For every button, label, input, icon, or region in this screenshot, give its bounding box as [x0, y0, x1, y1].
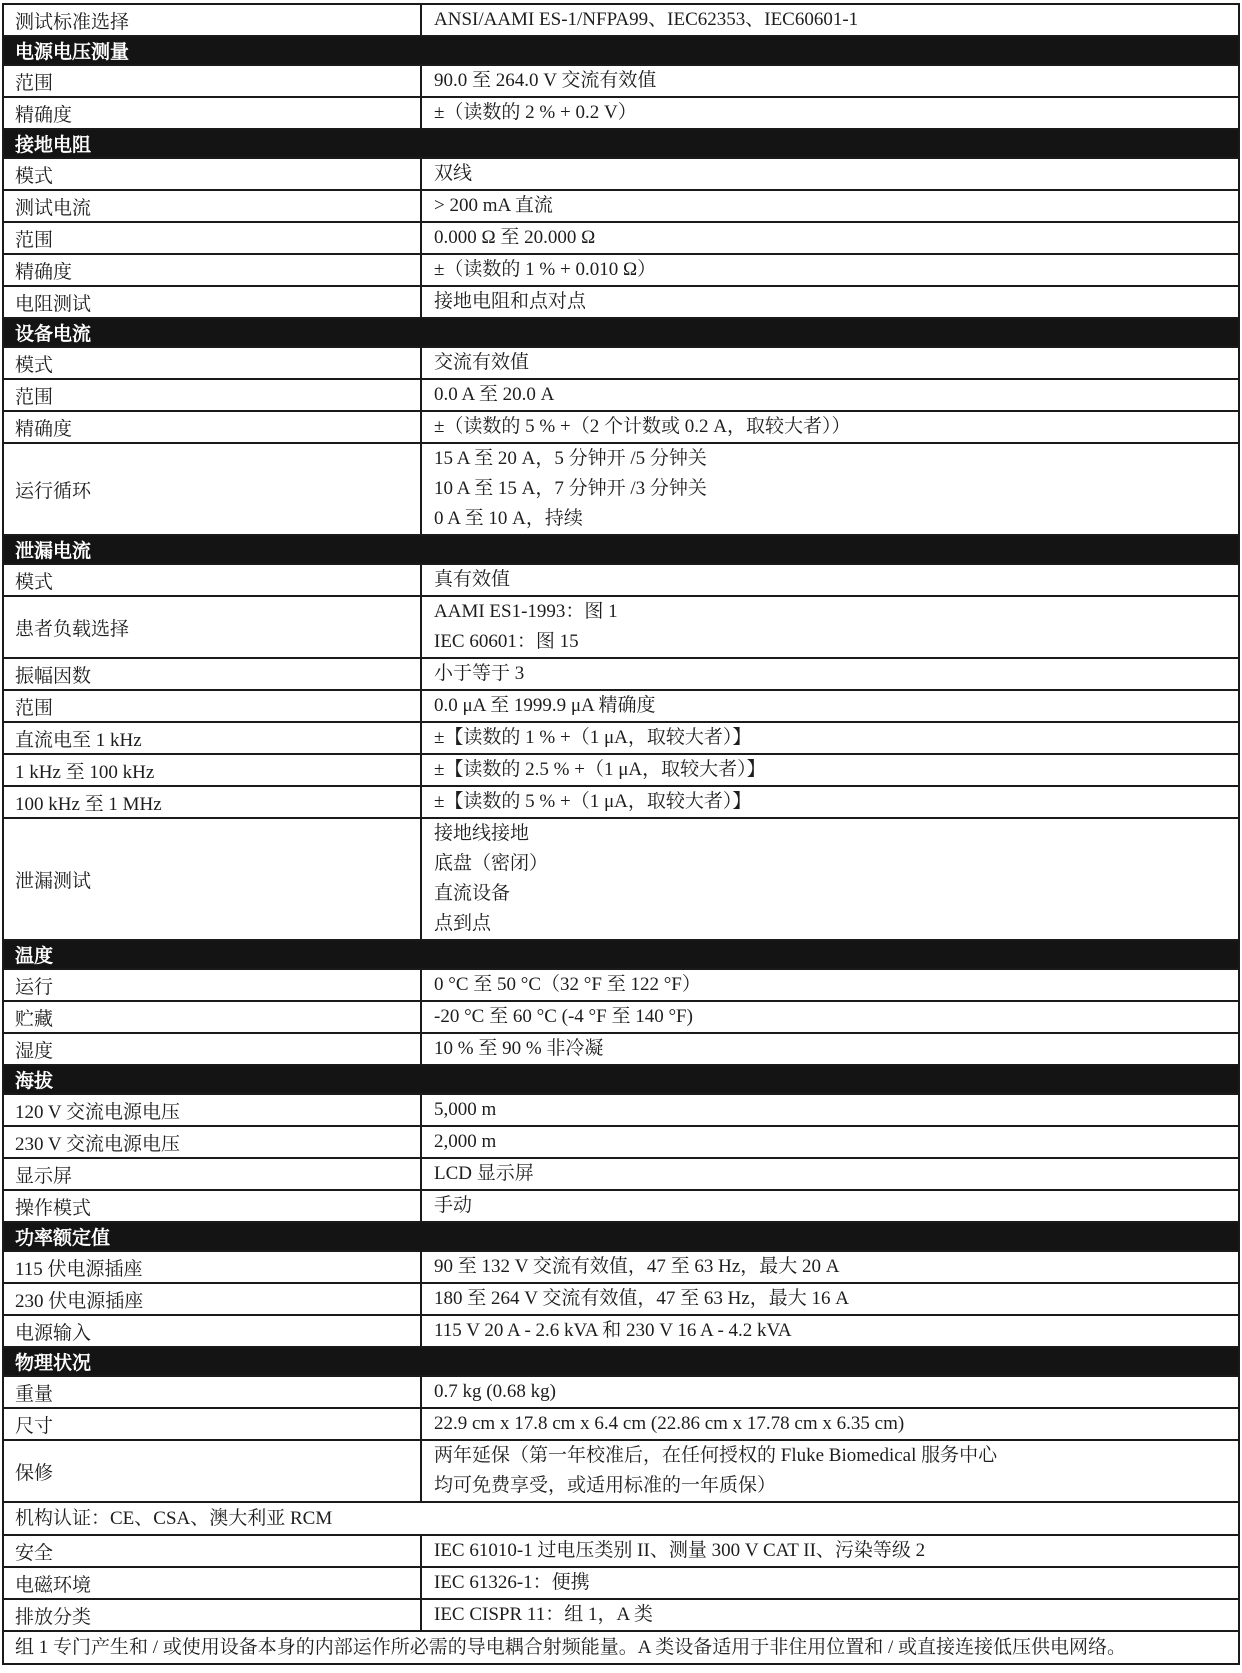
row-value: 两年延保（第一年校准后，在任何授权的 Fluke Biomedical 服务中心…	[422, 1441, 1238, 1501]
value-line: ±（读数的 5 % +（2 个计数或 0.2 A，取较大者））	[434, 412, 1238, 442]
row-value: 2,000 m	[422, 1127, 1238, 1157]
spec-row: 230 伏电源插座180 至 264 V 交流有效值，47 至 63 Hz，最大…	[4, 1282, 1238, 1314]
value-line: 10 % 至 90 % 非冷凝	[434, 1034, 1238, 1064]
row-label: 精确度	[4, 412, 422, 442]
spec-row: 范围90.0 至 264.0 V 交流有效值	[4, 64, 1238, 96]
row-label: 范围	[4, 691, 422, 721]
row-label: 运行	[4, 970, 422, 1000]
value-line: IEC CISPR 11：组 1，A 类	[434, 1600, 1238, 1630]
row-value: 22.9 cm x 17.8 cm x 6.4 cm (22.86 cm x 1…	[422, 1409, 1238, 1439]
value-line: IEC 60601：图 15	[434, 627, 1238, 657]
row-label: 尺寸	[4, 1409, 422, 1439]
value-line: 手动	[434, 1191, 1238, 1221]
value-line: > 200 mA 直流	[434, 191, 1238, 221]
spec-row: 电阻测试接地电阻和点对点	[4, 285, 1238, 317]
row-label: 测试电流	[4, 191, 422, 221]
value-line: 90 至 132 V 交流有效值，47 至 63 Hz，最大 20 A	[434, 1252, 1238, 1282]
spec-table: 测试标准选择ANSI/AAMI ES-1/NFPA99、IEC62353、IEC…	[2, 3, 1240, 1665]
value-line: ANSI/AAMI ES-1/NFPA99、IEC62353、IEC60601-…	[434, 5, 1238, 35]
value-line: 0 °C 至 50 °C（32 °F 至 122 °F）	[434, 970, 1238, 1000]
row-label: 保修	[4, 1441, 422, 1501]
row-label: 精确度	[4, 98, 422, 128]
row-value: LCD 显示屏	[422, 1159, 1238, 1189]
row-label: 精确度	[4, 255, 422, 285]
row-value: 0 °C 至 50 °C（32 °F 至 122 °F）	[422, 970, 1238, 1000]
row-label: 泄漏测试	[4, 819, 422, 939]
row-value: -20 °C 至 60 °C (-4 °F 至 140 °F)	[422, 1002, 1238, 1032]
row-label: 230 V 交流电源电压	[4, 1127, 422, 1157]
value-line: 115 V 20 A - 2.6 kVA 和 230 V 16 A - 4.2 …	[434, 1316, 1238, 1346]
row-label: 直流电至 1 kHz	[4, 723, 422, 753]
section-title: 电源电压测量	[15, 37, 129, 64]
spec-row: 操作模式手动	[4, 1189, 1238, 1221]
value-line: 双线	[434, 159, 1238, 189]
spec-row: 1 kHz 至 100 kHz±【读数的 2.5 % +（1 μA，取较大者）】	[4, 753, 1238, 785]
spec-row: 115 伏电源插座90 至 132 V 交流有效值，47 至 63 Hz，最大 …	[4, 1250, 1238, 1282]
row-label: 运行循环	[4, 444, 422, 534]
row-value: 0.0 μA 至 1999.9 μA 精确度	[422, 691, 1238, 721]
value-line: AAMI ES1-1993：图 1	[434, 597, 1238, 627]
row-value: IEC 61326-1：便携	[422, 1568, 1238, 1598]
row-value: 手动	[422, 1191, 1238, 1221]
row-label: 安全	[4, 1536, 422, 1566]
spec-row: 230 V 交流电源电压2,000 m	[4, 1125, 1238, 1157]
spec-row: 患者负载选择AAMI ES1-1993：图 1IEC 60601：图 15	[4, 595, 1238, 657]
value-line: 2,000 m	[434, 1127, 1238, 1157]
row-value: IEC CISPR 11：组 1，A 类	[422, 1600, 1238, 1630]
row-label: 患者负载选择	[4, 597, 422, 657]
full-width-row: 机构认证：CE、CSA、澳大利亚 RCM	[4, 1501, 1238, 1534]
spec-row: 排放分类IEC CISPR 11：组 1，A 类	[4, 1598, 1238, 1630]
section-title: 设备电流	[15, 319, 91, 346]
row-value: ANSI/AAMI ES-1/NFPA99、IEC62353、IEC60601-…	[422, 5, 1238, 35]
row-label: 模式	[4, 565, 422, 595]
row-value: 交流有效值	[422, 348, 1238, 378]
note-text: 机构认证：CE、CSA、澳大利亚 RCM	[15, 1503, 1238, 1534]
row-label: 湿度	[4, 1034, 422, 1064]
value-line: 交流有效值	[434, 348, 1238, 378]
value-line: 10 A 至 15 A，7 分钟开 /3 分钟关	[434, 474, 1238, 504]
spec-row: 模式交流有效值	[4, 346, 1238, 378]
value-line: LCD 显示屏	[434, 1159, 1238, 1189]
row-label: 贮藏	[4, 1002, 422, 1032]
row-value: 接地电阻和点对点	[422, 287, 1238, 317]
row-label: 模式	[4, 348, 422, 378]
value-line: 两年延保（第一年校准后，在任何授权的 Fluke Biomedical 服务中心	[434, 1441, 1238, 1471]
section-header-row: 温度	[4, 939, 1238, 968]
spec-row: 湿度10 % 至 90 % 非冷凝	[4, 1032, 1238, 1064]
row-label: 100 kHz 至 1 MHz	[4, 787, 422, 817]
value-line: ±（读数的 1 % + 0.010 Ω）	[434, 255, 1238, 285]
spec-row: 安全IEC 61010-1 过电压类别 II、测量 300 V CAT II、污…	[4, 1534, 1238, 1566]
section-header-row: 物理状况	[4, 1346, 1238, 1375]
value-line: 180 至 264 V 交流有效值，47 至 63 Hz，最大 16 A	[434, 1284, 1238, 1314]
row-value: AAMI ES1-1993：图 1IEC 60601：图 15	[422, 597, 1238, 657]
row-label: 操作模式	[4, 1191, 422, 1221]
row-label: 重量	[4, 1377, 422, 1407]
spec-row: 测试电流> 200 mA 直流	[4, 189, 1238, 221]
spec-row: 模式真有效值	[4, 563, 1238, 595]
value-line: 0.000 Ω 至 20.000 Ω	[434, 223, 1238, 253]
value-line: 小于等于 3	[434, 659, 1238, 689]
row-label: 排放分类	[4, 1600, 422, 1630]
spec-row: 范围0.000 Ω 至 20.000 Ω	[4, 221, 1238, 253]
value-line: 接地线接地	[434, 819, 1238, 849]
value-line: 点到点	[434, 909, 1238, 939]
note-text: 组 1 专门产生和 / 或使用设备本身的内部运作所必需的导电耦合射频能量。A 类…	[15, 1632, 1238, 1663]
spec-row: 运行0 °C 至 50 °C（32 °F 至 122 °F）	[4, 968, 1238, 1000]
value-line: IEC 61010-1 过电压类别 II、测量 300 V CAT II、污染等…	[434, 1536, 1238, 1566]
spec-row: 电磁环境IEC 61326-1：便携	[4, 1566, 1238, 1598]
spec-row: 120 V 交流电源电压5,000 m	[4, 1093, 1238, 1125]
row-value: 90 至 132 V 交流有效值，47 至 63 Hz，最大 20 A	[422, 1252, 1238, 1282]
row-value: 0.7 kg (0.68 kg)	[422, 1377, 1238, 1407]
spec-row: 尺寸22.9 cm x 17.8 cm x 6.4 cm (22.86 cm x…	[4, 1407, 1238, 1439]
row-value: ±【读数的 1 % +（1 μA，取较大者）】	[422, 723, 1238, 753]
section-header-row: 泄漏电流	[4, 534, 1238, 563]
value-line: 直流设备	[434, 879, 1238, 909]
value-line: 90.0 至 264.0 V 交流有效值	[434, 66, 1238, 96]
section-header-row: 接地电阻	[4, 128, 1238, 157]
section-header-row: 海拔	[4, 1064, 1238, 1093]
spec-row: 精确度±（读数的 5 % +（2 个计数或 0.2 A，取较大者））	[4, 410, 1238, 442]
row-label: 电阻测试	[4, 287, 422, 317]
section-header-row: 功率额定值	[4, 1221, 1238, 1250]
row-label: 120 V 交流电源电压	[4, 1095, 422, 1125]
spec-row: 重量0.7 kg (0.68 kg)	[4, 1375, 1238, 1407]
spec-row: 范围0.0 μA 至 1999.9 μA 精确度	[4, 689, 1238, 721]
full-width-row: 组 1 专门产生和 / 或使用设备本身的内部运作所必需的导电耦合射频能量。A 类…	[4, 1630, 1238, 1663]
value-line: ±【读数的 2.5 % +（1 μA，取较大者）】	[434, 755, 1238, 785]
spec-row: 测试标准选择ANSI/AAMI ES-1/NFPA99、IEC62353、IEC…	[4, 5, 1238, 35]
section-title: 温度	[15, 941, 53, 968]
value-line: 0.0 μA 至 1999.9 μA 精确度	[434, 691, 1238, 721]
spec-row: 精确度±（读数的 2 % + 0.2 V）	[4, 96, 1238, 128]
value-line: ±【读数的 5 % +（1 μA，取较大者）】	[434, 787, 1238, 817]
value-line: ±（读数的 2 % + 0.2 V）	[434, 98, 1238, 128]
value-line: 底盘（密闭）	[434, 849, 1238, 879]
spec-row: 保修两年延保（第一年校准后，在任何授权的 Fluke Biomedical 服务…	[4, 1439, 1238, 1501]
row-value: 0.0 A 至 20.0 A	[422, 380, 1238, 410]
row-value: ±（读数的 1 % + 0.010 Ω）	[422, 255, 1238, 285]
value-line: 机构认证：CE、CSA、澳大利亚 RCM	[15, 1503, 1238, 1534]
row-value: 115 V 20 A - 2.6 kVA 和 230 V 16 A - 4.2 …	[422, 1316, 1238, 1346]
row-value: 10 % 至 90 % 非冷凝	[422, 1034, 1238, 1064]
row-label: 测试标准选择	[4, 5, 422, 35]
row-label: 模式	[4, 159, 422, 189]
row-value: ±【读数的 5 % +（1 μA，取较大者）】	[422, 787, 1238, 817]
row-value: ±（读数的 5 % +（2 个计数或 0.2 A，取较大者））	[422, 412, 1238, 442]
value-line: -20 °C 至 60 °C (-4 °F 至 140 °F)	[434, 1002, 1238, 1032]
row-value: ±【读数的 2.5 % +（1 μA，取较大者）】	[422, 755, 1238, 785]
value-line: 0 A 至 10 A，持续	[434, 504, 1238, 534]
value-line: 22.9 cm x 17.8 cm x 6.4 cm (22.86 cm x 1…	[434, 1409, 1238, 1439]
row-label: 230 伏电源插座	[4, 1284, 422, 1314]
row-value: 5,000 m	[422, 1095, 1238, 1125]
row-label: 电磁环境	[4, 1568, 422, 1598]
spec-row: 模式双线	[4, 157, 1238, 189]
row-label: 显示屏	[4, 1159, 422, 1189]
row-value: 0.000 Ω 至 20.000 Ω	[422, 223, 1238, 253]
value-line: IEC 61326-1：便携	[434, 1568, 1238, 1598]
row-value: 接地线接地底盘（密闭）直流设备点到点	[422, 819, 1238, 939]
value-line: ±【读数的 1 % +（1 μA，取较大者）】	[434, 723, 1238, 753]
row-value: 小于等于 3	[422, 659, 1238, 689]
spec-row: 泄漏测试接地线接地底盘（密闭）直流设备点到点	[4, 817, 1238, 939]
section-header-row: 电源电压测量	[4, 35, 1238, 64]
spec-row: 100 kHz 至 1 MHz±【读数的 5 % +（1 μA，取较大者）】	[4, 785, 1238, 817]
row-value: 双线	[422, 159, 1238, 189]
spec-row: 电源输入115 V 20 A - 2.6 kVA 和 230 V 16 A - …	[4, 1314, 1238, 1346]
value-line: 均可免费享受，或适用标准的一年质保）	[434, 1471, 1238, 1501]
value-line: 0.7 kg (0.68 kg)	[434, 1377, 1238, 1407]
row-value: 90.0 至 264.0 V 交流有效值	[422, 66, 1238, 96]
row-label: 振幅因数	[4, 659, 422, 689]
spec-row: 显示屏LCD 显示屏	[4, 1157, 1238, 1189]
spec-row: 精确度±（读数的 1 % + 0.010 Ω）	[4, 253, 1238, 285]
row-label: 范围	[4, 380, 422, 410]
section-header-row: 设备电流	[4, 317, 1238, 346]
section-title: 物理状况	[15, 1348, 91, 1375]
spec-row: 运行循环15 A 至 20 A，5 分钟开 /5 分钟关10 A 至 15 A，…	[4, 442, 1238, 534]
spec-row: 直流电至 1 kHz±【读数的 1 % +（1 μA，取较大者）】	[4, 721, 1238, 753]
row-value: 真有效值	[422, 565, 1238, 595]
row-label: 范围	[4, 66, 422, 96]
value-line: 0.0 A 至 20.0 A	[434, 380, 1238, 410]
row-value: 180 至 264 V 交流有效值，47 至 63 Hz，最大 16 A	[422, 1284, 1238, 1314]
row-value: IEC 61010-1 过电压类别 II、测量 300 V CAT II、污染等…	[422, 1536, 1238, 1566]
value-line: 5,000 m	[434, 1095, 1238, 1125]
row-label: 115 伏电源插座	[4, 1252, 422, 1282]
value-line: 真有效值	[434, 565, 1238, 595]
row-value: ±（读数的 2 % + 0.2 V）	[422, 98, 1238, 128]
value-line: 15 A 至 20 A，5 分钟开 /5 分钟关	[434, 444, 1238, 474]
row-value: > 200 mA 直流	[422, 191, 1238, 221]
section-title: 功率额定值	[15, 1223, 110, 1250]
spec-row: 振幅因数小于等于 3	[4, 657, 1238, 689]
spec-row: 贮藏-20 °C 至 60 °C (-4 °F 至 140 °F)	[4, 1000, 1238, 1032]
row-label: 1 kHz 至 100 kHz	[4, 755, 422, 785]
spec-row: 范围0.0 A 至 20.0 A	[4, 378, 1238, 410]
row-label: 范围	[4, 223, 422, 253]
section-title: 接地电阻	[15, 130, 91, 157]
row-label: 电源输入	[4, 1316, 422, 1346]
row-value: 15 A 至 20 A，5 分钟开 /5 分钟关10 A 至 15 A，7 分钟…	[422, 444, 1238, 534]
section-title: 海拔	[15, 1066, 53, 1093]
section-title: 泄漏电流	[15, 536, 91, 563]
value-line: 接地电阻和点对点	[434, 287, 1238, 317]
value-line: 组 1 专门产生和 / 或使用设备本身的内部运作所必需的导电耦合射频能量。A 类…	[15, 1632, 1238, 1663]
